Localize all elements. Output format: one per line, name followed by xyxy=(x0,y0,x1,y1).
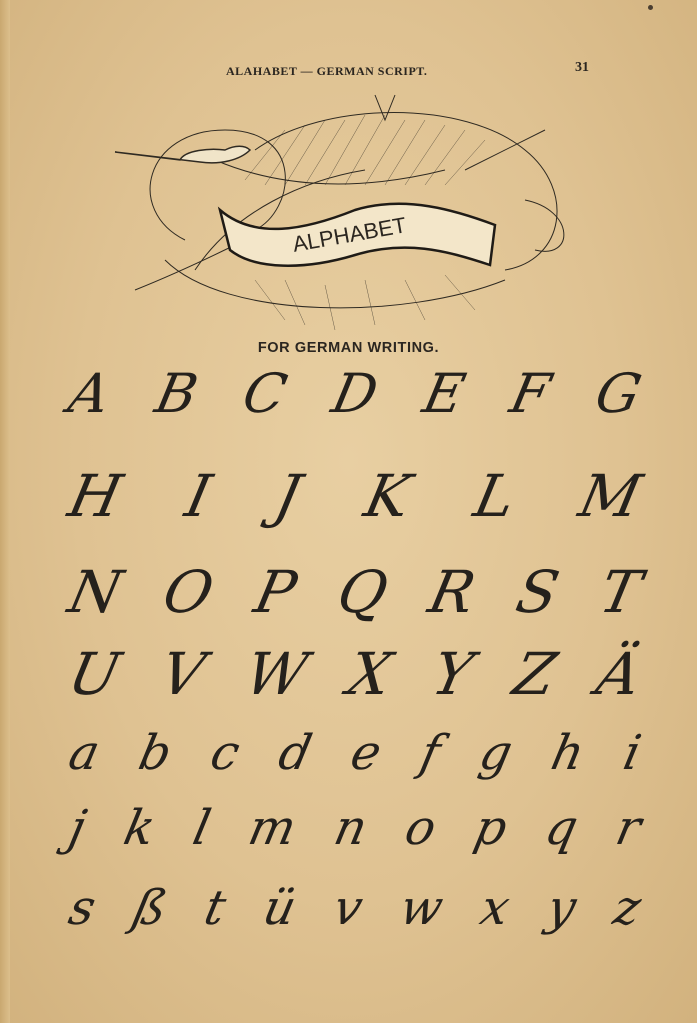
subtitle: FOR GERMAN WRITING. xyxy=(0,340,697,356)
letter: w xyxy=(395,880,448,936)
letter: Q xyxy=(332,558,394,626)
letter: W xyxy=(239,640,313,708)
letter: Ä xyxy=(591,640,647,708)
letter: g xyxy=(475,725,518,781)
lowercase-row-1: a b c d e f g h i xyxy=(64,725,646,781)
letter: s xyxy=(64,880,101,936)
letter: P xyxy=(249,558,302,626)
letter: D xyxy=(327,362,384,425)
uppercase-row-4: U V W X Y Z Ä xyxy=(63,640,647,708)
lowercase-row-2: j k l m n o p q r xyxy=(64,800,646,856)
letter: o xyxy=(400,800,441,856)
letter: A xyxy=(63,362,115,425)
uppercase-row-3: N O P Q R S T xyxy=(63,558,647,626)
letter: j xyxy=(64,800,91,856)
letter: E xyxy=(418,362,471,425)
letter: K xyxy=(359,462,417,530)
letter: f xyxy=(416,725,446,781)
letter: q xyxy=(540,800,583,856)
running-head: ALAHABET — GERMAN SCRIPT. xyxy=(226,64,427,79)
letter: M xyxy=(573,462,647,530)
letter: R xyxy=(423,558,481,626)
letter: Y xyxy=(426,640,479,708)
letter: X xyxy=(342,640,398,708)
letter: T xyxy=(594,558,647,626)
letter: n xyxy=(329,800,372,856)
letter: d xyxy=(274,725,317,781)
flourish-bird-banner-icon: ALPHABET xyxy=(105,90,585,335)
book-page: ALAHABET — GERMAN SCRIPT. 31 ALPHABET FO… xyxy=(0,0,697,1023)
letter: O xyxy=(157,558,219,626)
letter: H xyxy=(63,462,128,530)
paper-speck xyxy=(648,5,653,10)
letter: l xyxy=(188,800,215,856)
letter: t xyxy=(200,880,231,936)
lowercase-row-3: s ß t ü v w x y z xyxy=(64,880,646,936)
letter: B xyxy=(150,362,203,425)
letter: h xyxy=(546,725,589,781)
letter: Z xyxy=(508,640,563,708)
letter: k xyxy=(119,800,160,856)
letter: ü xyxy=(258,880,301,936)
letter: v xyxy=(329,880,368,936)
letter: N xyxy=(63,558,128,626)
letter: i xyxy=(619,725,646,781)
letter: F xyxy=(505,362,556,425)
letter: ß xyxy=(128,880,172,936)
letter: x xyxy=(476,880,515,936)
letter: y xyxy=(542,880,581,936)
letter: I xyxy=(180,462,217,530)
letter: J xyxy=(269,462,307,530)
letter: V xyxy=(155,640,211,708)
letter: C xyxy=(238,362,293,425)
letter: e xyxy=(346,725,386,781)
letter: r xyxy=(611,800,646,856)
page-number: 31 xyxy=(575,60,589,76)
uppercase-row-2: H I J K L M xyxy=(63,462,647,530)
letter: a xyxy=(64,725,105,781)
uppercase-row-1: A B C D E F G xyxy=(63,362,646,425)
letter: b xyxy=(134,725,177,781)
letter: L xyxy=(468,462,521,530)
letter: m xyxy=(244,800,301,856)
letter: G xyxy=(590,362,647,425)
letter: c xyxy=(206,725,245,781)
letter: p xyxy=(469,800,512,856)
page-gutter xyxy=(0,0,10,1023)
letter: U xyxy=(63,640,126,708)
letter: z xyxy=(609,880,646,936)
letter: S xyxy=(510,558,564,626)
